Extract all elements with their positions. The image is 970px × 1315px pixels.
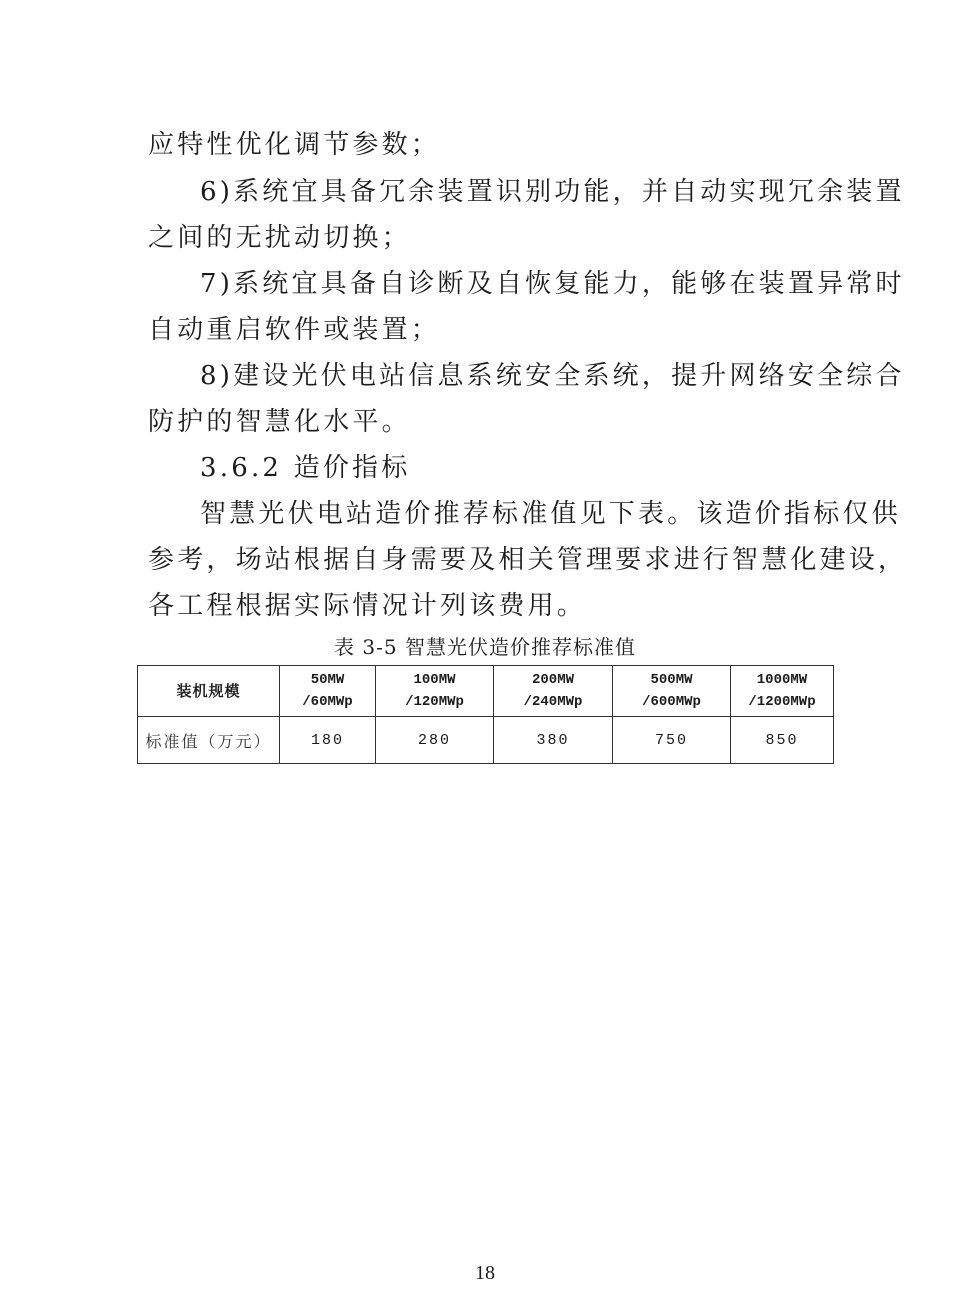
paragraph-line: 智慧光伏电站造价推荐标准值见下表。该造价指标仅供 xyxy=(200,499,901,529)
header-capacity: 50MW xyxy=(280,669,375,691)
header-cell-100mw: 100MW /120MWp xyxy=(376,666,494,717)
header-cell-50mw: 50MW /60MWp xyxy=(280,666,376,717)
table-cell: 850 xyxy=(731,717,834,764)
header-capacity: 200MW xyxy=(494,669,612,691)
page-number: 18 xyxy=(0,1262,970,1285)
table-row: 标准值（万元） 180 280 380 750 850 xyxy=(138,717,834,764)
header-capacity: 100MW xyxy=(376,669,493,691)
paragraph-line: 防护的智慧化水平。 xyxy=(148,407,411,437)
paragraph-line: 之间的无扰动切换； xyxy=(148,223,411,253)
paragraph-line: 自动重启软件或装置； xyxy=(148,315,440,345)
paragraph-line: 各工程根据实际情况计列该费用。 xyxy=(148,591,586,621)
header-peak-capacity: /120MWp xyxy=(376,691,493,713)
table-cell: 280 xyxy=(376,717,494,764)
list-item-7: 7)系统宜具备自诊断及自恢复能力，能够在装置异常时 xyxy=(200,269,905,299)
table-cell: 380 xyxy=(494,717,613,764)
table-caption: 表 3-5 智慧光伏造价推荐标准值 xyxy=(0,634,970,660)
header-cell-500mw: 500MW /600MWp xyxy=(613,666,731,717)
header-peak-capacity: /600MWp xyxy=(613,691,730,713)
header-capacity: 1000MW xyxy=(731,669,833,691)
header-peak-capacity: /240MWp xyxy=(494,691,612,713)
list-item-6: 6)系统宜具备冗余装置识别功能，并自动实现冗余装置 xyxy=(200,177,905,207)
row-label: 标准值（万元） xyxy=(138,717,280,764)
document-page: 应特性优化调节参数； 6)系统宜具备冗余装置识别功能，并自动实现冗余装置 之间的… xyxy=(0,0,970,1315)
header-capacity: 500MW xyxy=(613,669,730,691)
header-row-label: 装机规模 xyxy=(138,666,280,717)
header-peak-capacity: /1200MWp xyxy=(731,691,833,713)
header-cell-200mw: 200MW /240MWp xyxy=(494,666,613,717)
table-header-row: 装机规模 50MW /60MWp 100MW /120MWp 200MW /24… xyxy=(138,666,834,717)
paragraph-line: 应特性优化调节参数； xyxy=(148,130,440,160)
table-cell: 180 xyxy=(280,717,376,764)
table-cell: 750 xyxy=(613,717,731,764)
section-heading: 3.6.2 造价指标 xyxy=(200,453,410,483)
list-item-8: 8)建设光伏电站信息系统安全系统，提升网络安全综合 xyxy=(200,361,905,391)
header-cell-1000mw: 1000MW /1200MWp xyxy=(731,666,834,717)
paragraph-line: 参考，场站根据自身需要及相关管理要求进行智慧化建设， xyxy=(148,545,907,575)
header-peak-capacity: /60MWp xyxy=(280,691,375,713)
cost-table: 装机规模 50MW /60MWp 100MW /120MWp 200MW /24… xyxy=(137,665,834,764)
